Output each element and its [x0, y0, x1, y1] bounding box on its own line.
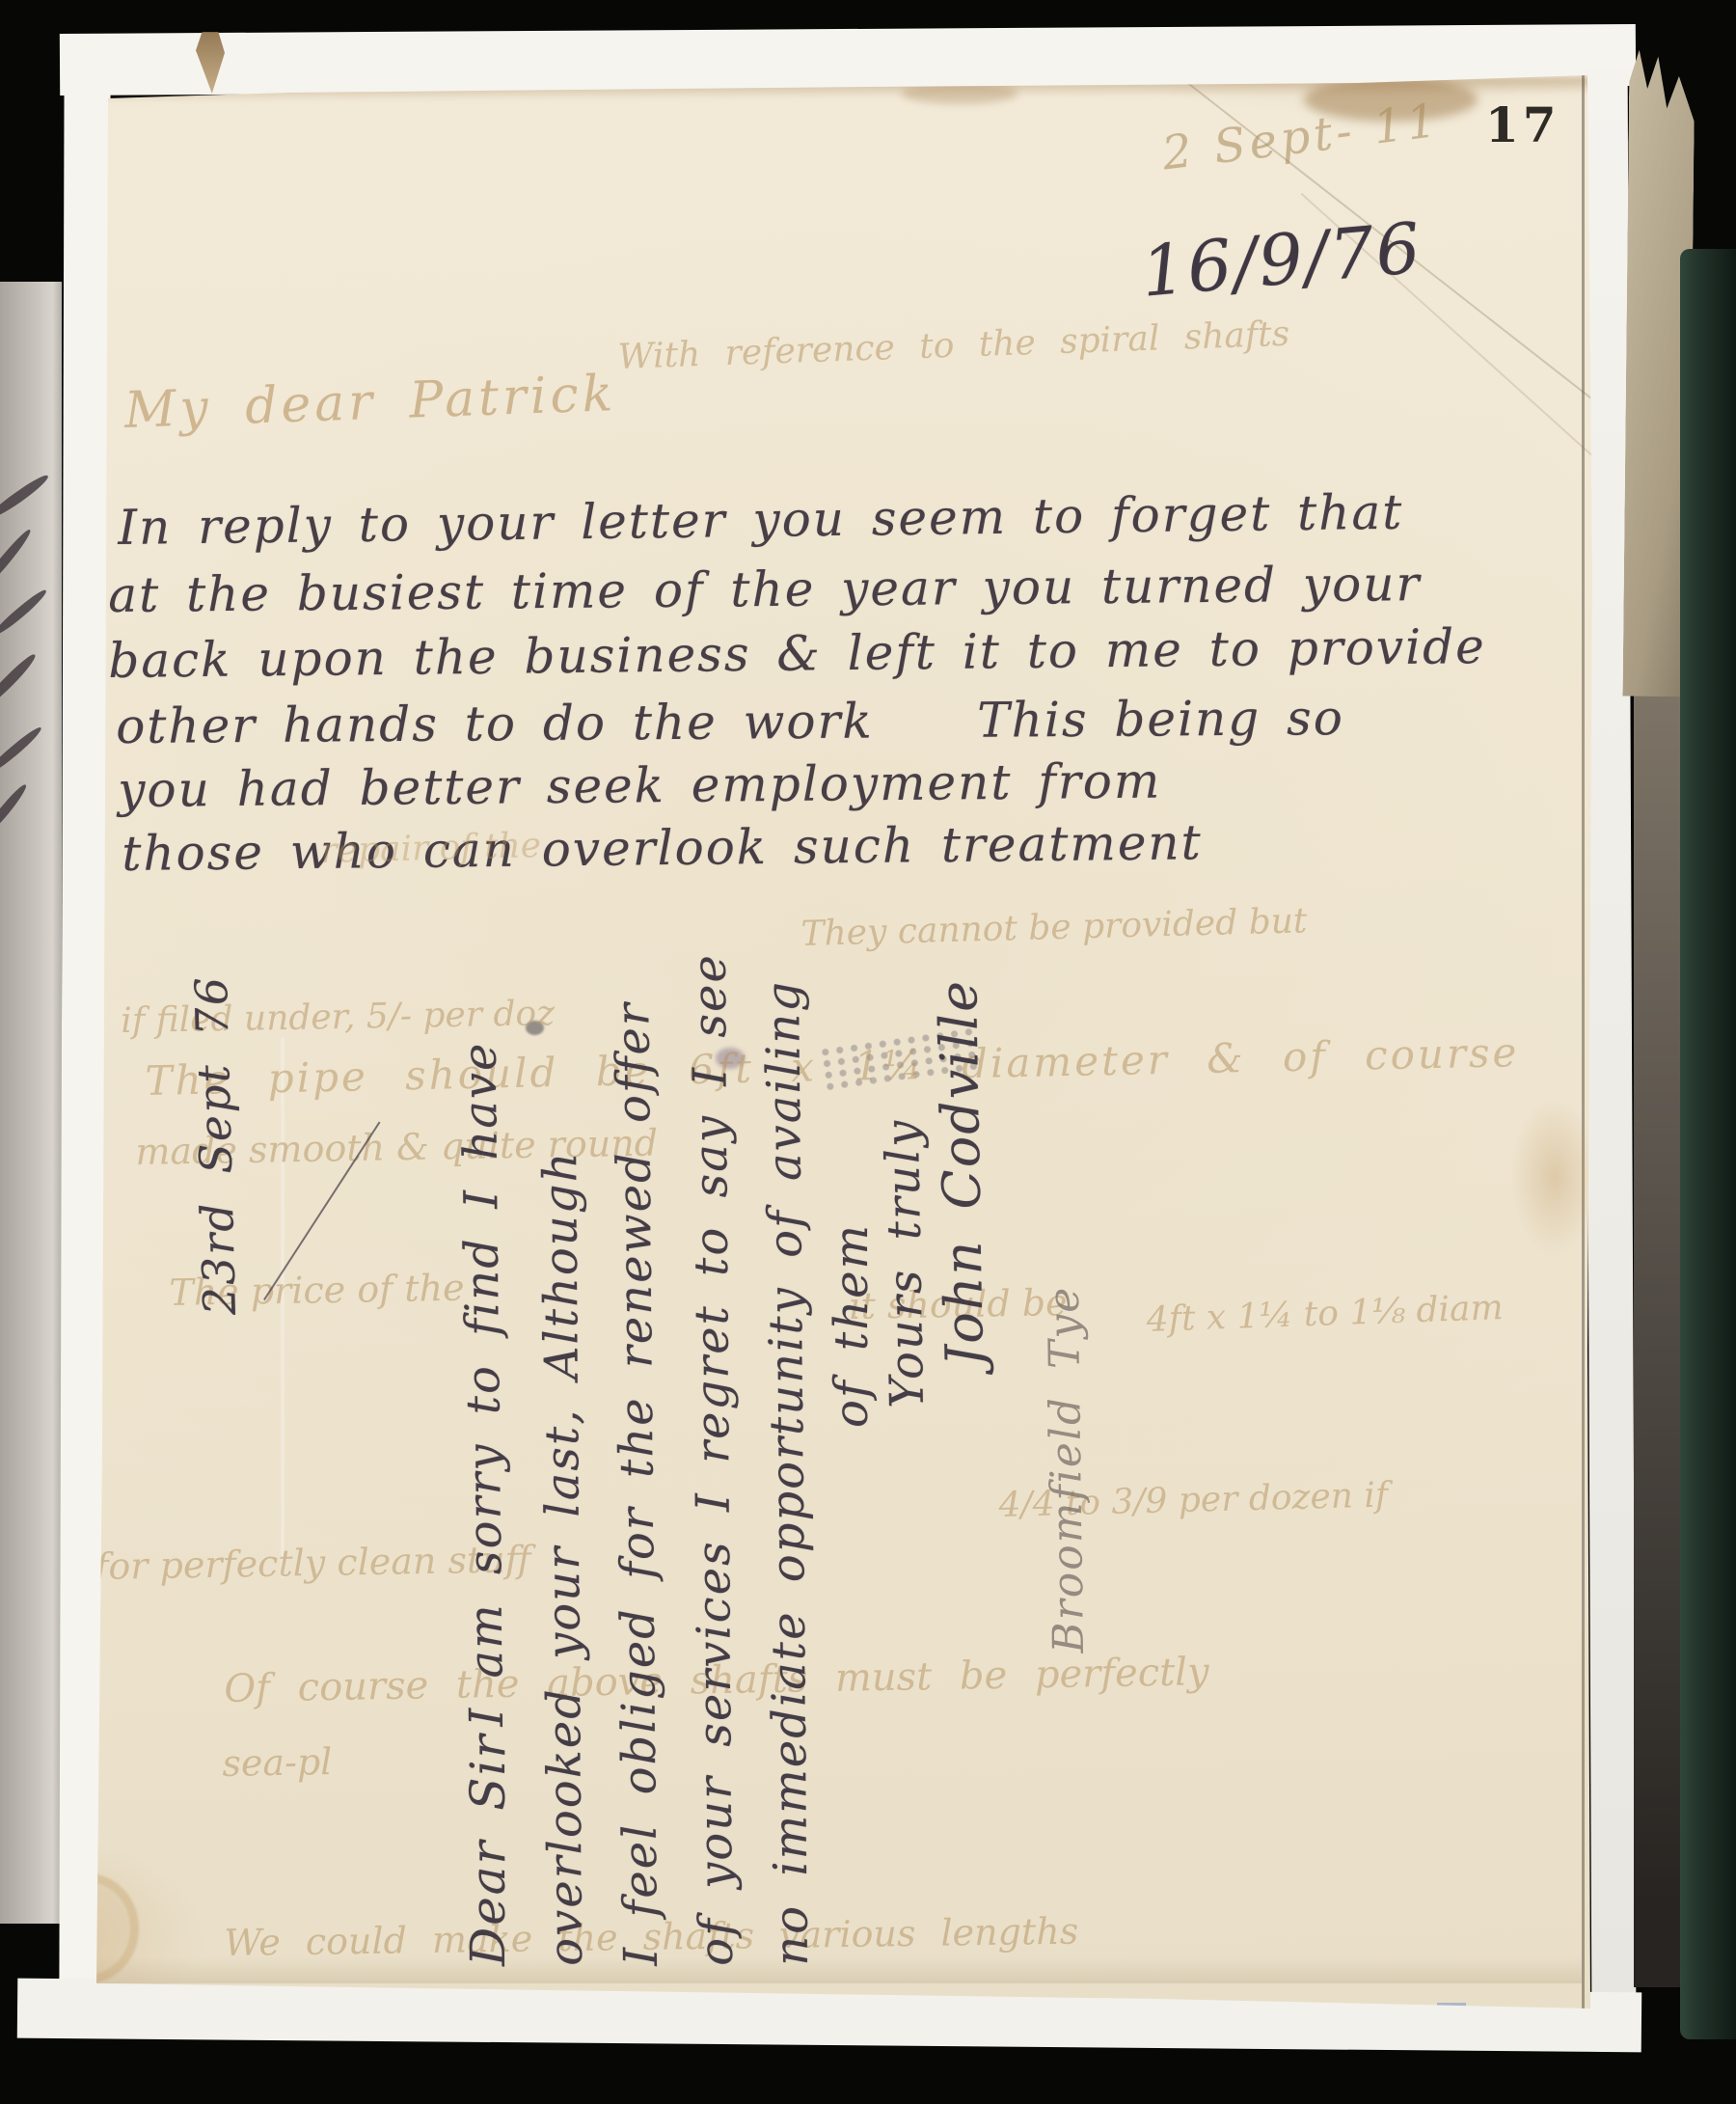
book-cover-edge — [1680, 249, 1736, 2039]
rotated-letter-signature: John Codville — [928, 978, 995, 1367]
ghost-text-line: With reference to the spiral shafts — [617, 314, 1290, 377]
letter-line: other hands to do the work This being so — [116, 690, 1344, 754]
rotated-letter-date: 23rd Sept 76 — [185, 974, 246, 1316]
letterbook-page: 17 2 Sept- 11 16/9/76 My dear Patrick In… — [0, 0, 1736, 2104]
ghost-text-line: 4ft x 1¼ to 1⅛ diam — [1146, 1288, 1504, 1340]
rotated-letter-line: of them — [825, 1223, 879, 1428]
ink-stroke-fragment — [0, 782, 30, 839]
rotated-letter-line: overlooked your last, Although — [533, 1150, 593, 1966]
pen-flourish — [263, 1121, 380, 1300]
ink-stroke-fragment — [0, 587, 49, 639]
rotated-letter-closing: Yours truly — [876, 1118, 935, 1408]
previous-page-edge — [0, 282, 62, 1924]
rotated-letter-pencil-note: Broomfield Tye — [1040, 1285, 1094, 1653]
letter-line: at the busiest time of the year you turn… — [108, 556, 1422, 623]
letter-line: back upon the business & left it to me t… — [108, 618, 1486, 689]
rotated-letter-line: I am sorry to find I have — [453, 1041, 514, 1727]
letter-line: In reply to your letter you seem to forg… — [118, 484, 1404, 556]
ink-stroke-fragment — [0, 651, 39, 711]
rotated-letter-line: of your services I regret to say I see — [683, 953, 744, 1966]
rotated-letter-line: I feel obliged for the renewed offer — [606, 1001, 668, 1966]
copy-date: 16/9/76 — [1138, 207, 1425, 313]
rotated-letter: 23rd Sept 76 Dear Sir I am sorry to find… — [149, 752, 1124, 1980]
page-number: 17 — [1485, 96, 1560, 153]
page-right-crease — [1582, 75, 1585, 2008]
ink-stroke-fragment — [0, 472, 51, 521]
pencil-date-annotation: 2 Sept- 11 — [1159, 94, 1443, 181]
ink-stroke-fragment — [0, 724, 44, 777]
rotated-letter-line: no immediate opportunity of availing — [756, 980, 819, 1966]
letterbook-scan: 17 2 Sept- 11 16/9/76 My dear Patrick In… — [0, 0, 1736, 2104]
rotated-letter-salutation: Dear Sir — [460, 1734, 516, 1966]
letter-salutation-faded: My dear Patrick — [123, 365, 617, 440]
ink-stroke-fragment — [0, 527, 34, 593]
stain — [1510, 1098, 1599, 1257]
